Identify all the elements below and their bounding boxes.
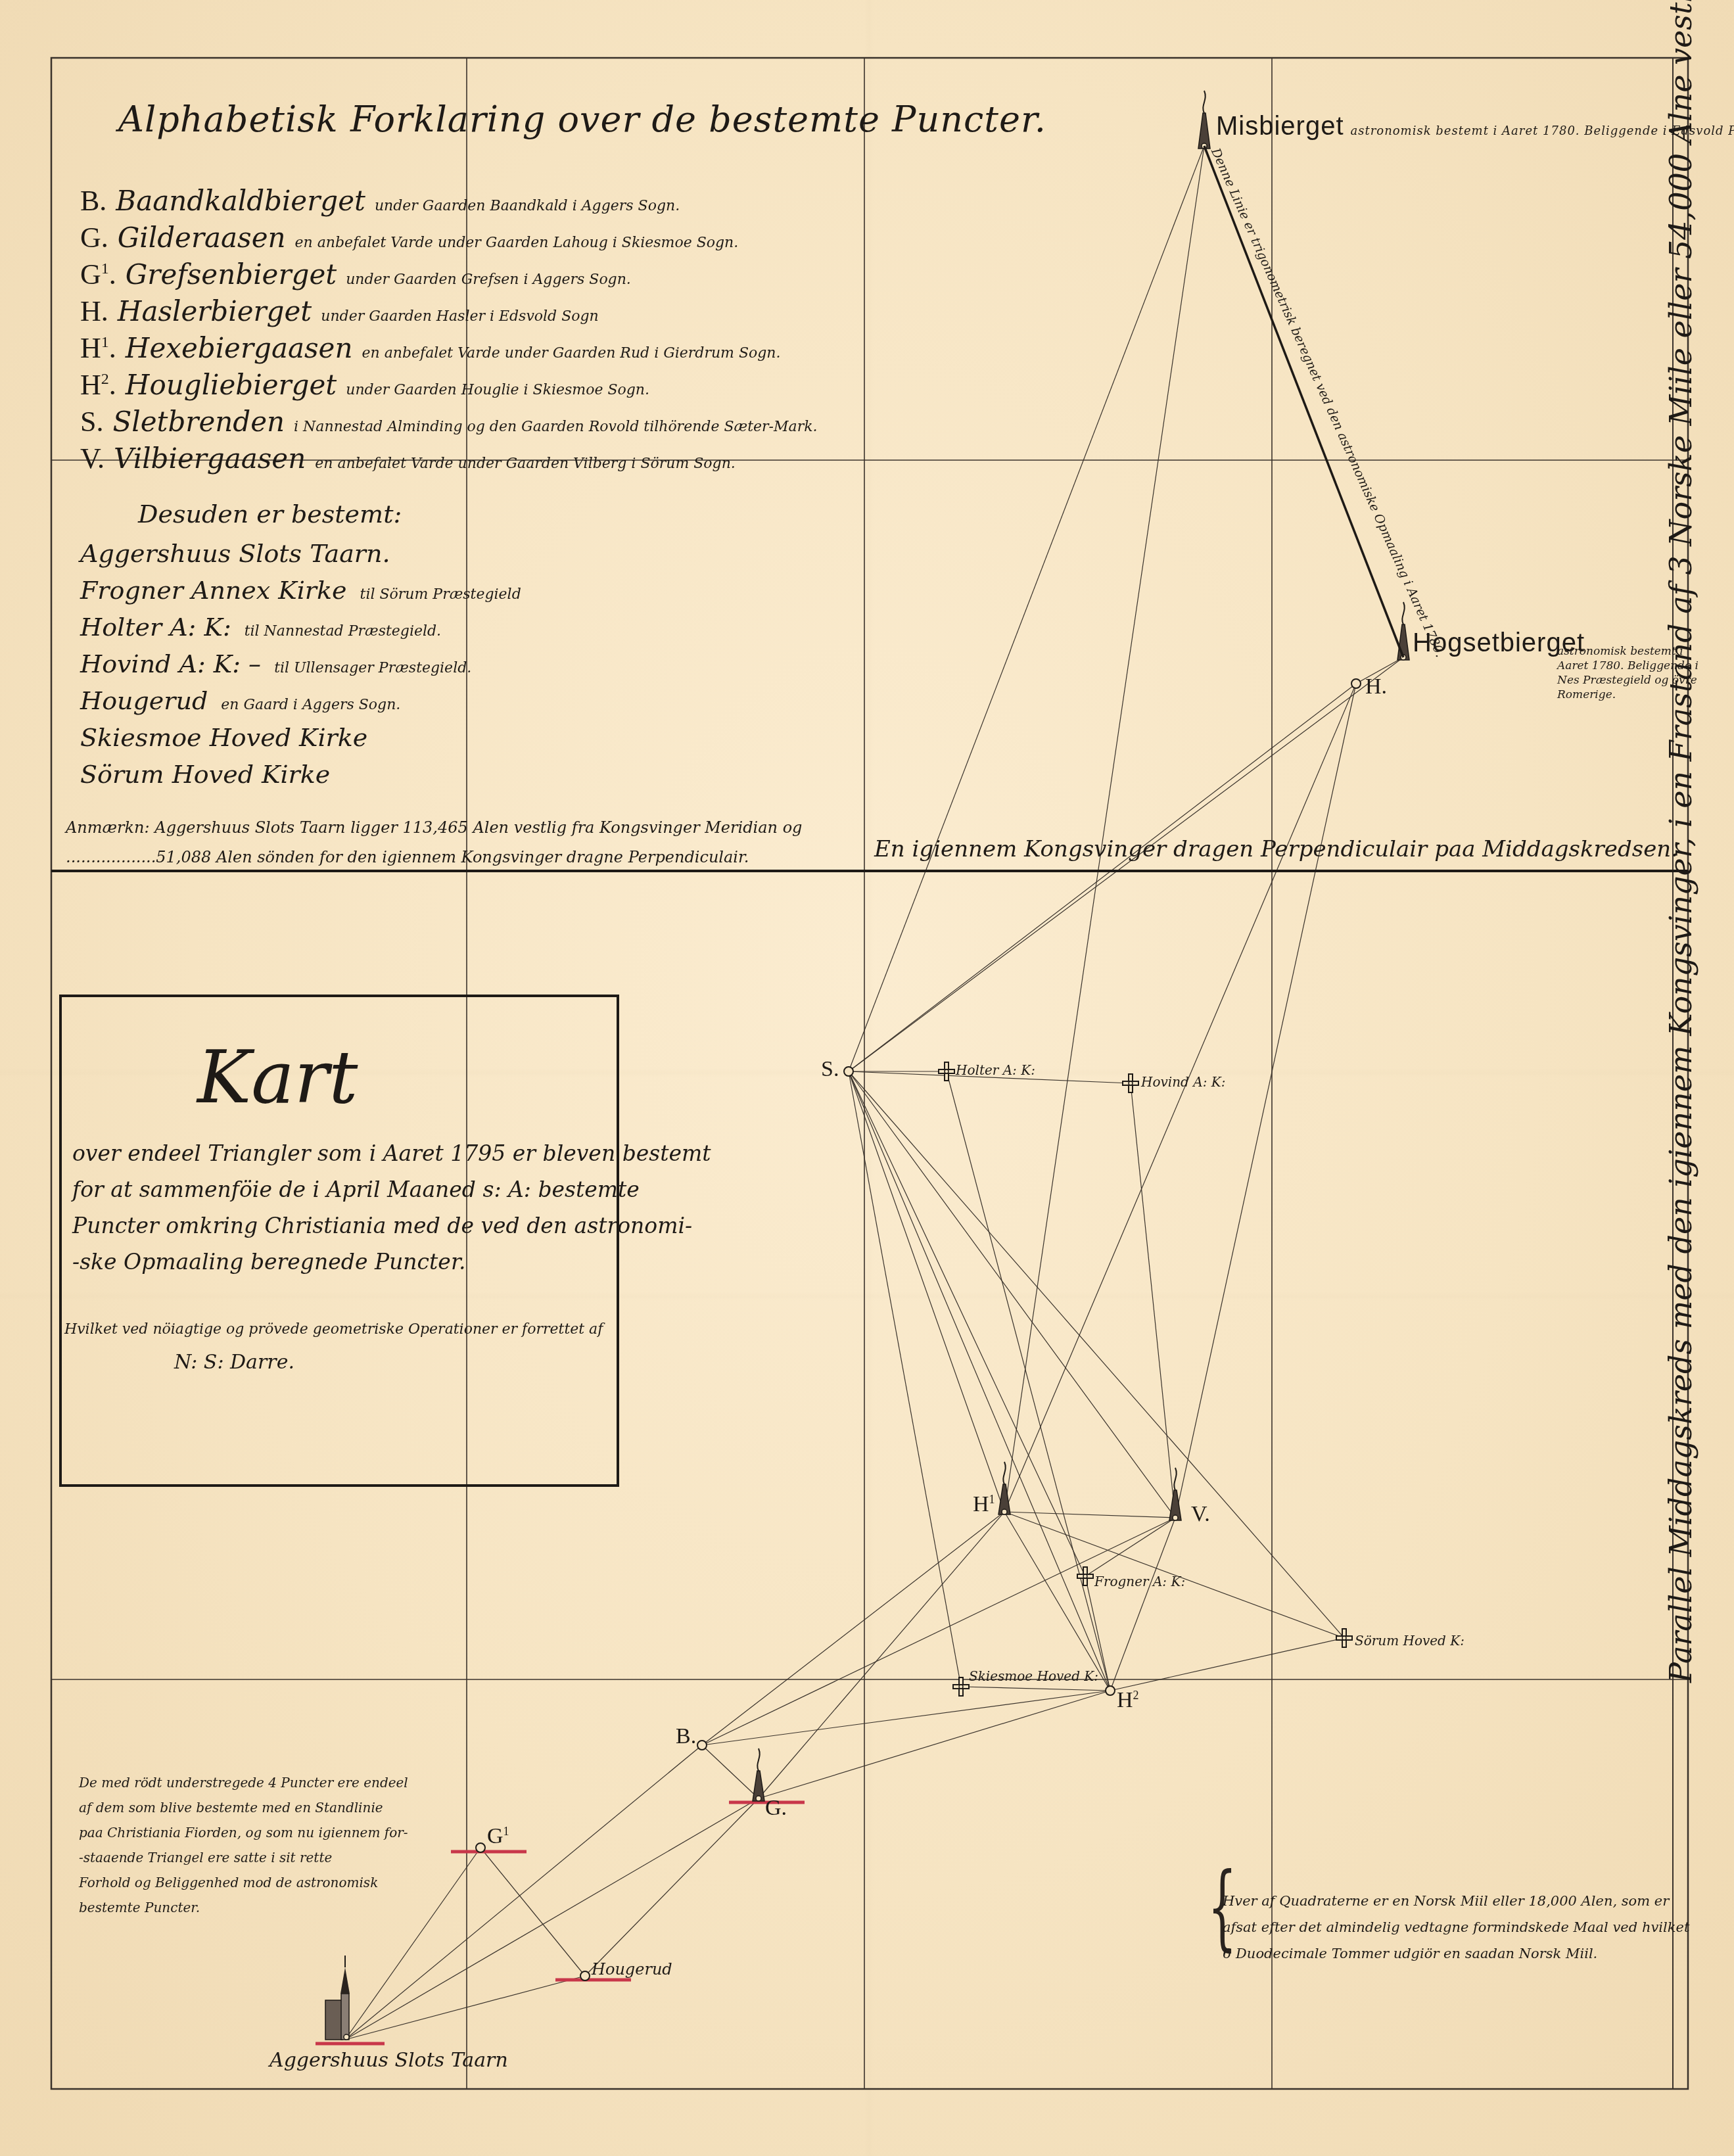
holter-label: Holter A: K: — [956, 1062, 1035, 1078]
legend-key: G. — [80, 222, 108, 254]
point-name: Skiesmoe Hoved K: — [969, 1668, 1098, 1684]
legend-key-superscript: 2 — [101, 371, 109, 388]
item-description: en Gaard i Aggers Sogn. — [221, 697, 400, 713]
point-name: Misbierget — [1216, 112, 1344, 141]
legend-key-superscript: 1 — [101, 334, 109, 351]
item-name: Sörum Hoved Kirke — [80, 760, 330, 789]
parallel-meridian-note: Parallel Middagskreds med den igiennem K… — [1663, 0, 1699, 1683]
remark-line-1: Anmærkn: Aggershuus Slots Taarn ligger 1… — [66, 818, 802, 837]
hogsetbierget-marker-icon — [1397, 602, 1409, 660]
legend-name: Vilbiergaasen — [114, 442, 306, 475]
B-marker-icon — [697, 1741, 707, 1750]
footnote-line: De med rödt understregede 4 Puncter ere … — [79, 1775, 408, 1791]
also-determined-item: Hougeruden Gaard i Aggers Sogn. — [80, 686, 400, 715]
point-name: G — [487, 1824, 504, 1848]
also-determined-item: Skiesmoe Hoved Kirke — [80, 723, 367, 752]
triangulation-line — [849, 146, 1204, 1071]
item-name: Hovind A: K: – — [80, 649, 261, 678]
also-determined-item: Hovind A: K: –til Ullensager Præstegield… — [80, 649, 471, 678]
aggershuus-label: Aggershuus Slots Taarn — [269, 2049, 508, 2072]
triangulation-line — [849, 1071, 961, 1687]
legend-row: G1.Grefsenbiergetunder Gaarden Grefsen i… — [80, 258, 631, 291]
triangulation-line — [702, 1518, 1175, 1745]
legend-row: H2.Hougliebiergetunder Gaarden Houglie i… — [80, 368, 649, 402]
triangulation-line — [1004, 684, 1356, 1512]
point-name: H — [1117, 1688, 1133, 1712]
triangulation-line — [702, 1745, 759, 1798]
triangulation-line — [961, 1687, 1110, 1691]
item-name: Frogner Annex Kirke — [80, 576, 347, 605]
also-determined-item: Holter A: K:til Nannestad Præstegield. — [80, 613, 441, 642]
point-description: astronomisk bestemt i Aaret 1780. Beligg… — [1351, 124, 1734, 138]
triangulation-line — [849, 1071, 1110, 1691]
cartouche-line: Puncter omkring Christiania med de ved d… — [72, 1213, 692, 1238]
point-superscript: 1 — [989, 1493, 995, 1506]
legend-key: H. — [80, 295, 108, 327]
frogner-label: Frogner A: K: — [1094, 1574, 1185, 1589]
triangulation-line — [849, 1071, 1175, 1518]
triangulation-line — [480, 1848, 585, 1976]
also-determined-item: Aggershuus Slots Taarn. — [80, 539, 390, 568]
legend-key: S. — [80, 406, 103, 438]
footnote-line: bestemte Puncter. — [79, 1900, 200, 1915]
legend-name: Haslerbierget — [118, 295, 312, 327]
triangulation-line — [759, 1512, 1004, 1798]
cartouche-line: for at sammenföie de i April Maaned s: A… — [72, 1177, 640, 1202]
item-name: Skiesmoe Hoved Kirke — [80, 723, 367, 752]
triangulation-line — [759, 1691, 1110, 1798]
legend-title: Alphabetisk Forklaring over de bestemte … — [118, 99, 1046, 140]
point-name: Aggershuus Slots Taarn — [269, 2049, 508, 2072]
point-name: V. — [1191, 1502, 1210, 1526]
point-superscript: 1 — [504, 1825, 509, 1838]
legend-description: en anbefalet Varde under Gaarden Rud i G… — [362, 345, 780, 362]
S-label: S. — [821, 1057, 839, 1082]
triangulation-line — [1110, 1518, 1175, 1691]
triangulation-line — [585, 1798, 759, 1976]
hougerud-label: Hougerud — [592, 1960, 672, 1979]
legend-key: B. — [80, 185, 106, 217]
H2-marker-icon — [1106, 1686, 1115, 1695]
H2-label: H2 — [1117, 1688, 1139, 1713]
legend-row: S.Sletbrendeni Nannestad Alminding og de… — [80, 405, 817, 438]
legend-description: en anbefalet Varde under Gaarden Vilberg… — [315, 456, 736, 472]
cartouche-subtitle: Hvilket ved nöiagtige og prövede geometr… — [64, 1321, 603, 1338]
holter-marker-icon — [939, 1062, 954, 1081]
cartouche-author: N: S: Darre. — [174, 1351, 294, 1374]
also-determined-item: Sörum Hoved Kirke — [80, 760, 330, 789]
legend-key: H1. — [80, 332, 116, 364]
triangulation-line — [947, 1071, 1110, 1691]
cartouche-title: Kart — [197, 1035, 358, 1119]
triangulation-line — [1175, 684, 1356, 1518]
item-name: Aggershuus Slots Taarn. — [80, 539, 390, 568]
legend-name: Gilderaasen — [118, 222, 286, 254]
footnote-line: Forhold og Beliggenhed mod de astronomis… — [79, 1875, 378, 1890]
also-determined-heading: Desuden er bestemt: — [138, 500, 402, 528]
sorum-label: Sörum Hoved K: — [1355, 1633, 1465, 1649]
legend-name: Hexebiergaasen — [126, 332, 353, 364]
legend-description: under Gaarden Grefsen i Aggers Sogn. — [346, 271, 631, 288]
hovind-marker-icon — [1123, 1074, 1138, 1092]
point-name: Holter A: K: — [956, 1062, 1035, 1078]
legend-row: G.Gilderaasenen anbefalet Varde under Ga… — [80, 221, 738, 254]
triangulation-line — [702, 1691, 1110, 1745]
footnote-line: Hver af Quadraterne er en Norsk Miil ell… — [1223, 1893, 1669, 1909]
misbierget-marker-icon — [1198, 91, 1210, 149]
point-name: G. — [765, 1796, 787, 1820]
aggershuus-marker-icon — [316, 1956, 385, 2044]
item-name: Holter A: K: — [80, 613, 231, 642]
triangulation-line — [849, 684, 1356, 1071]
point-name: B. — [676, 1724, 696, 1748]
misbierget-label: Misbiergetastronomisk bestemt i Aaret 17… — [1216, 112, 1734, 141]
item-description: til Nannestad Præstegield. — [245, 623, 441, 640]
point-description: astronomisk bestemt i Aaret 1780. Beligg… — [1557, 644, 1708, 702]
footnote-line: -staaende Triangel ere satte i sit rette — [79, 1850, 332, 1865]
triangulation-line — [345, 1976, 585, 2040]
point-superscript: 2 — [1133, 1689, 1139, 1702]
triangulation-line — [1004, 1512, 1175, 1518]
footnote-line: af dem som blive bestemte med en Standli… — [79, 1800, 383, 1816]
point-name: H. — [1365, 674, 1387, 699]
footnote-line: 6 Duodecimale Tommer udgiör en saadan No… — [1223, 1946, 1597, 1961]
legend-description: under Gaarden Hasler i Edsvold Sogn — [321, 308, 599, 325]
item-description: til Ullensager Præstegield. — [274, 660, 471, 676]
hovind-label: Hovind A: K: — [1141, 1074, 1225, 1090]
triangulation-line — [1004, 1512, 1110, 1691]
point-name: Frogner A: K: — [1094, 1574, 1185, 1589]
cartouche-line: over endeel Triangler som i Aaret 1795 e… — [72, 1140, 711, 1166]
triangulation-line — [849, 1071, 1004, 1512]
legend-name: Sletbrenden — [112, 406, 285, 438]
triangulation-line — [1004, 146, 1204, 1512]
footnote-line: paa Christiania Fiorden, og som nu igien… — [79, 1825, 408, 1840]
item-description: til Sörum Præstegield — [360, 586, 521, 603]
astronomical-baseline — [1204, 146, 1403, 657]
triangulation-line — [849, 1071, 1344, 1638]
point-name: S. — [821, 1057, 839, 1081]
point-name: Hougerud — [592, 1960, 672, 1979]
H1-marker-icon — [998, 1462, 1010, 1514]
frogner-marker-icon — [1077, 1567, 1093, 1585]
V-label: V. — [1191, 1502, 1210, 1527]
legend-name: Hougliebierget — [126, 369, 337, 401]
triangulation-line — [702, 1512, 1004, 1745]
legend-key: G1. — [80, 258, 116, 291]
legend-name: Grefsenbierget — [126, 258, 337, 291]
remark-line-2: ..................51,088 Alen sönden for… — [66, 848, 749, 866]
legend-row: B.Baandkaldbiergetunder Gaarden Baandkal… — [80, 184, 680, 218]
legend-description: under Gaarden Baandkald i Aggers Sogn. — [375, 198, 680, 214]
G-marker-icon — [729, 1748, 805, 1802]
legend-description: under Gaarden Houglie i Skiesmoe Sogn. — [346, 382, 649, 398]
footnote-line: afsat efter det almindelig vedtagne form… — [1223, 1919, 1689, 1935]
skiesmoe-label: Skiesmoe Hoved K: — [969, 1668, 1098, 1684]
triangulation-line — [849, 657, 1403, 1071]
G-label: G. — [765, 1796, 787, 1821]
legend-row: V.Vilbiergaasenen anbefalet Varde under … — [80, 442, 736, 475]
cartouche-line: -ske Opmaaling beregnede Puncter. — [72, 1249, 466, 1275]
H-marker-icon — [1351, 679, 1361, 688]
legend-row: H1.Hexebiergaasenen anbefalet Varde unde… — [80, 331, 781, 365]
legend-description: en anbefalet Varde under Gaarden Lahoug … — [295, 235, 739, 251]
legend-name: Baandkaldbierget — [116, 185, 365, 217]
G1-label: G1 — [487, 1824, 509, 1849]
point-name: Sörum Hoved K: — [1355, 1633, 1465, 1649]
H-label: H. — [1365, 674, 1387, 699]
legend-key: H2. — [80, 369, 116, 401]
legend-key: V. — [80, 442, 105, 475]
perpendicular-label: En igiennem Kongsvinger dragen Perpendic… — [874, 836, 1678, 862]
B-label: B. — [676, 1724, 696, 1749]
legend-row: H.Haslerbiergetunder Gaarden Hasler i Ed… — [80, 294, 599, 328]
legend-key-superscript: 1 — [101, 260, 109, 277]
triangulation-line — [1131, 1083, 1175, 1518]
H1-label: H1 — [973, 1492, 995, 1517]
also-determined-item: Frogner Annex Kirketil Sörum Præstegield — [80, 576, 521, 605]
legend-description: i Nannestad Alminding og den Gaarden Rov… — [294, 419, 817, 435]
point-name: H — [973, 1492, 989, 1516]
item-name: Hougerud — [80, 686, 208, 715]
skiesmoe-marker-icon — [953, 1677, 969, 1696]
S-marker-icon — [844, 1067, 853, 1076]
triangulation-line — [1110, 1638, 1344, 1691]
point-name: Hovind A: K: — [1141, 1074, 1225, 1090]
